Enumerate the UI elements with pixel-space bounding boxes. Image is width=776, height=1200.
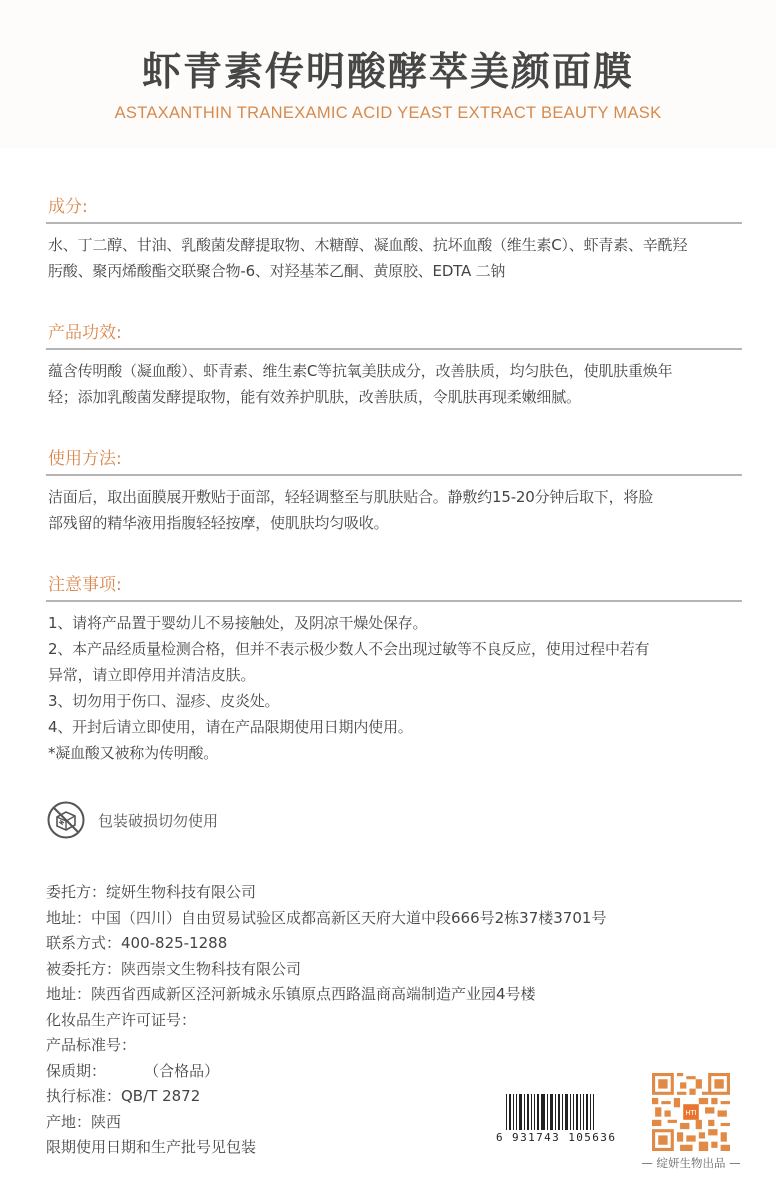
text-line: 洁面后，取出面膜展开敷贴于面部，轻轻调整至与肌肤贴合。静敷约15-20分钟后取下… bbox=[48, 484, 746, 510]
text-line: 水、丁二醇、甘油、乳酸菌发酵提取物、木糖醇、凝血酸、抗坏血酸（维生素C）、虾青素… bbox=[48, 232, 746, 258]
damaged-package-notice: 包装破损切勿使用 bbox=[46, 800, 218, 840]
qr-caption: — 绽妍生物出品 — bbox=[632, 1155, 750, 1171]
no-damaged-package-icon bbox=[46, 800, 86, 840]
section-usage: 使用方法: 洁面后，取出面膜展开敷贴于面部，轻轻调整至与肌肤贴合。静敷约15-2… bbox=[46, 446, 746, 536]
text-line: 异常，请立即停用并清洁皮肤。 bbox=[48, 662, 746, 688]
section-body: 蕴含传明酸（凝血酸）、虾青素、维生素C等抗氧美肤成分，改善肤质，均匀肤色，使肌肤… bbox=[46, 358, 746, 410]
text-line: 蕴含传明酸（凝血酸）、虾青素、维生素C等抗氧美肤成分，改善肤质，均匀肤色，使肌肤… bbox=[48, 358, 746, 384]
barcode-bars bbox=[506, 1094, 632, 1130]
qr-code[interactable]: HTI bbox=[652, 1073, 730, 1151]
info-line: 保质期： （合格品） bbox=[46, 1059, 606, 1085]
product-title: 虾青素传明酸酵萃美颜面膜 bbox=[0, 48, 776, 98]
section-body: 洁面后，取出面膜展开敷贴于面部，轻轻调整至与肌肤贴合。静敷约15-20分钟后取下… bbox=[46, 484, 746, 536]
text-line: 部残留的精华液用指腹轻轻按摩，使肌肤均匀吸收。 bbox=[48, 510, 746, 536]
info-line: 被委托方：陕西崇文生物科技有限公司 bbox=[46, 957, 606, 983]
text-line: 3、切勿用于伤口、湿疹、皮炎处。 bbox=[48, 688, 746, 714]
info-line: 联系方式：400-825-1288 bbox=[46, 931, 606, 957]
section-heading: 产品功效: bbox=[46, 320, 742, 350]
info-line: 地址：陕西省西咸新区泾河新城永乐镇原点西路温商高端制造产业园4号楼 bbox=[46, 982, 606, 1008]
text-line: *凝血酸又被称为传明酸。 bbox=[48, 740, 746, 766]
text-line: 肟酸、聚丙烯酸酯交联聚合物-6、对羟基苯乙酮、黄原胶、EDTA 二钠 bbox=[48, 258, 746, 284]
header-band: 虾青素传明酸酵萃美颜面膜 ASTAXANTHIN TRANEXAMIC ACID… bbox=[0, 0, 776, 148]
text-line: 1、请将产品置于婴幼儿不易接触处，及阴凉干燥处保存。 bbox=[48, 610, 746, 636]
section-heading: 使用方法: bbox=[46, 446, 742, 476]
section-efficacy: 产品功效: 蕴含传明酸（凝血酸）、虾青素、维生素C等抗氧美肤成分，改善肤质，均匀… bbox=[46, 320, 746, 410]
text-line: 轻；添加乳酸菌发酵提取物，能有效养护肌肤，改善肤质，令肌肤再现柔嫩细腻。 bbox=[48, 384, 746, 410]
section-heading: 注意事项: bbox=[46, 572, 742, 602]
section-precautions: 注意事项: 1、请将产品置于婴幼儿不易接触处，及阴凉干燥处保存。 2、本产品经质… bbox=[46, 572, 746, 766]
qr-center-logo: HTI bbox=[685, 1109, 696, 1117]
barcode-digits: 6 931743 105636 bbox=[496, 1131, 632, 1144]
text-line: 4、开封后请立即使用，请在产品限期使用日期内使用。 bbox=[48, 714, 746, 740]
info-line: 地址：中国（四川）自由贸易试验区成都高新区天府大道中段666号2栋37楼3701… bbox=[46, 906, 606, 932]
info-line: 产品标准号： bbox=[46, 1033, 606, 1059]
text-line: 2、本产品经质量检测合格，但并不表示极少数人不会出现过敏等不良反应，使用过程中若… bbox=[48, 636, 746, 662]
info-line: 委托方：绽妍生物科技有限公司 bbox=[46, 880, 606, 906]
section-ingredients: 成分: 水、丁二醇、甘油、乳酸菌发酵提取物、木糖醇、凝血酸、抗坏血酸（维生素C）… bbox=[46, 194, 746, 284]
section-body: 1、请将产品置于婴幼儿不易接触处，及阴凉干燥处保存。 2、本产品经质量检测合格，… bbox=[46, 610, 746, 766]
section-body: 水、丁二醇、甘油、乳酸菌发酵提取物、木糖醇、凝血酸、抗坏血酸（维生素C）、虾青素… bbox=[46, 232, 746, 284]
section-heading: 成分: bbox=[46, 194, 742, 224]
barcode: 6 931743 105636 bbox=[496, 1094, 632, 1144]
product-subtitle-english: ASTAXANTHIN TRANEXAMIC ACID YEAST EXTRAC… bbox=[0, 102, 776, 124]
notice-text: 包装破损切勿使用 bbox=[98, 810, 218, 831]
info-line: 化妆品生产许可证号： bbox=[46, 1008, 606, 1034]
